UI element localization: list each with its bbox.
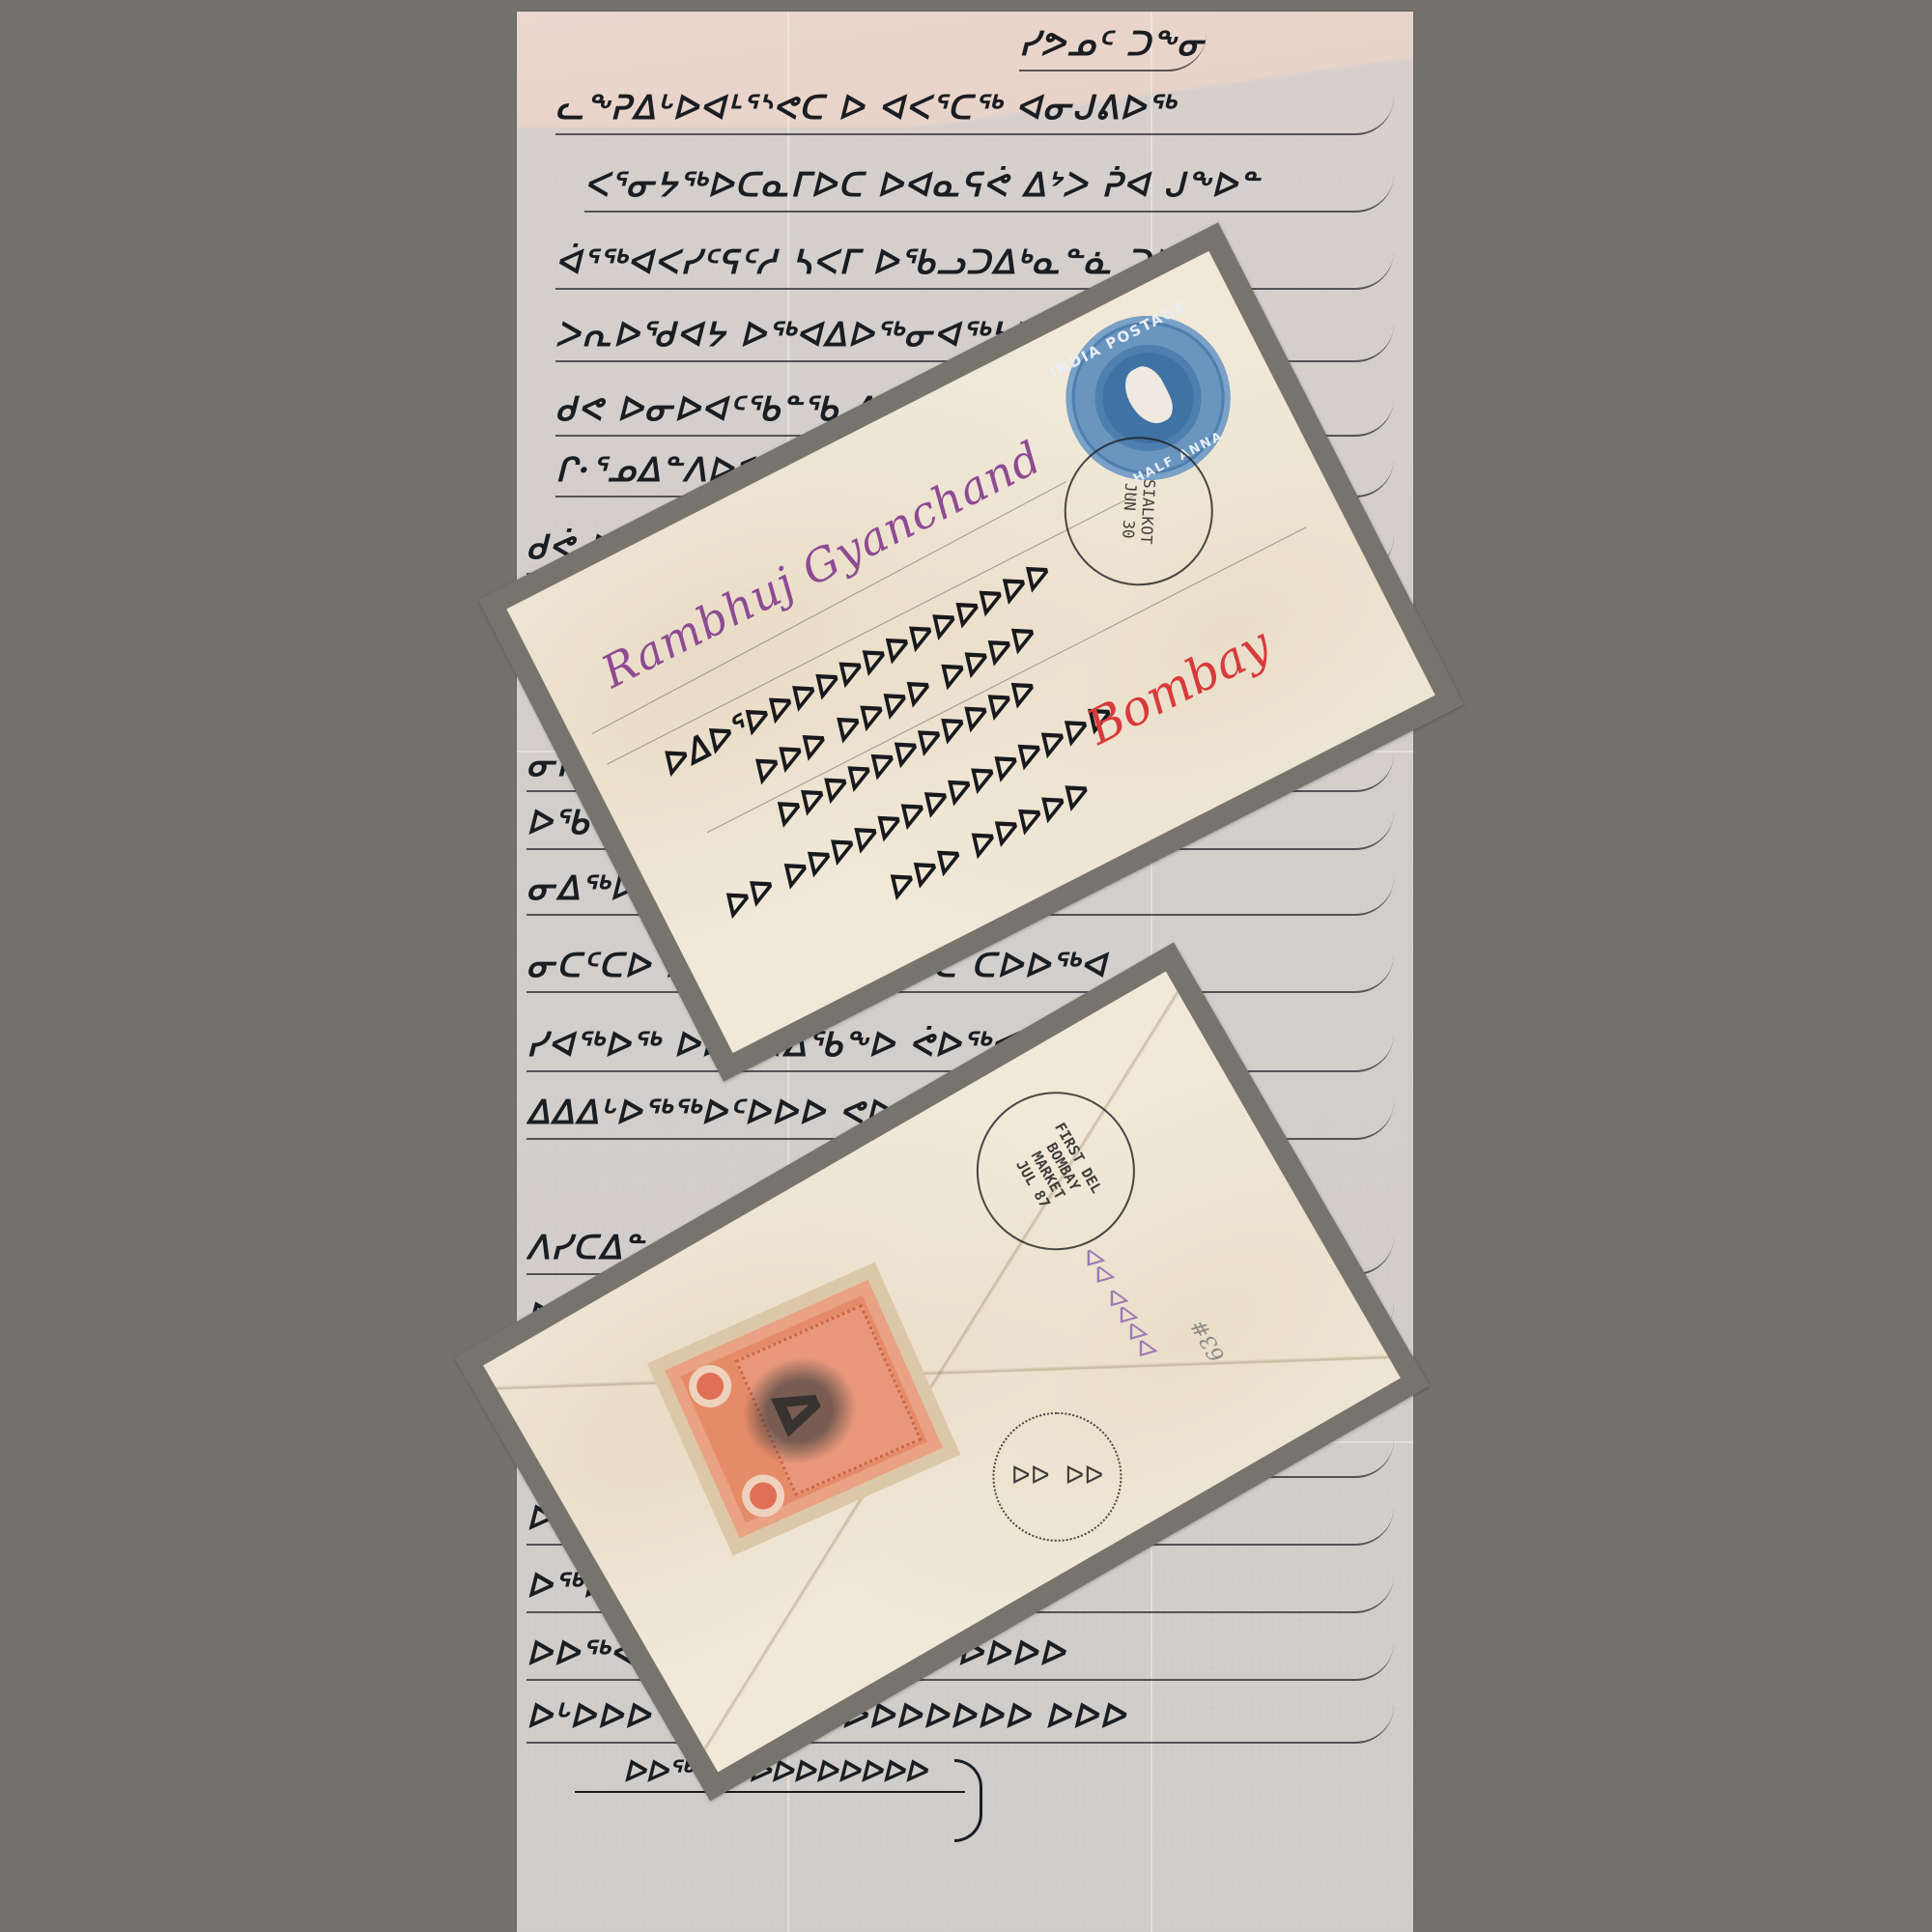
stamp-ornament-icon [746,1478,781,1514]
stamp-ornament-icon [693,1369,728,1405]
letter-line: ᐋᕐᖅᐊᐸᓯᑦᕋᑦᓱ ᓴᐸᒥ ᐅᖃᓗᑐᐃᒃᓇᓐᓈ ᑐᐅ [555,243,1394,290]
letter-line: ᓯᕗᓄᑦ ᑐᖕᓂ [1019,25,1207,71]
letter-line: ᓚᖕᕈᐃᒡᐅᐊᒻᕐᔅᕙᑕ ᐅ ᐊᐸᕐᑕᖅ ᐊᓂᒍᕕᐅᖅ [555,89,1394,135]
letter-line: ᐸᕐᓂᔭᖅᐅᑕᓇᒥᐅᑕ ᐅᐊᓇᕋᕚ ᐃᔾᐳ ᕉᐊ ᒍᖕᐅᓐ [584,166,1394,213]
manuscript-red: Bombay [1078,616,1279,755]
postmark-date: JUN 30 [1119,482,1140,539]
native-postmark: ᐅᐅ ᐅᐅ [992,1412,1122,1542]
postmark-town: SIALKOT [1137,479,1159,545]
